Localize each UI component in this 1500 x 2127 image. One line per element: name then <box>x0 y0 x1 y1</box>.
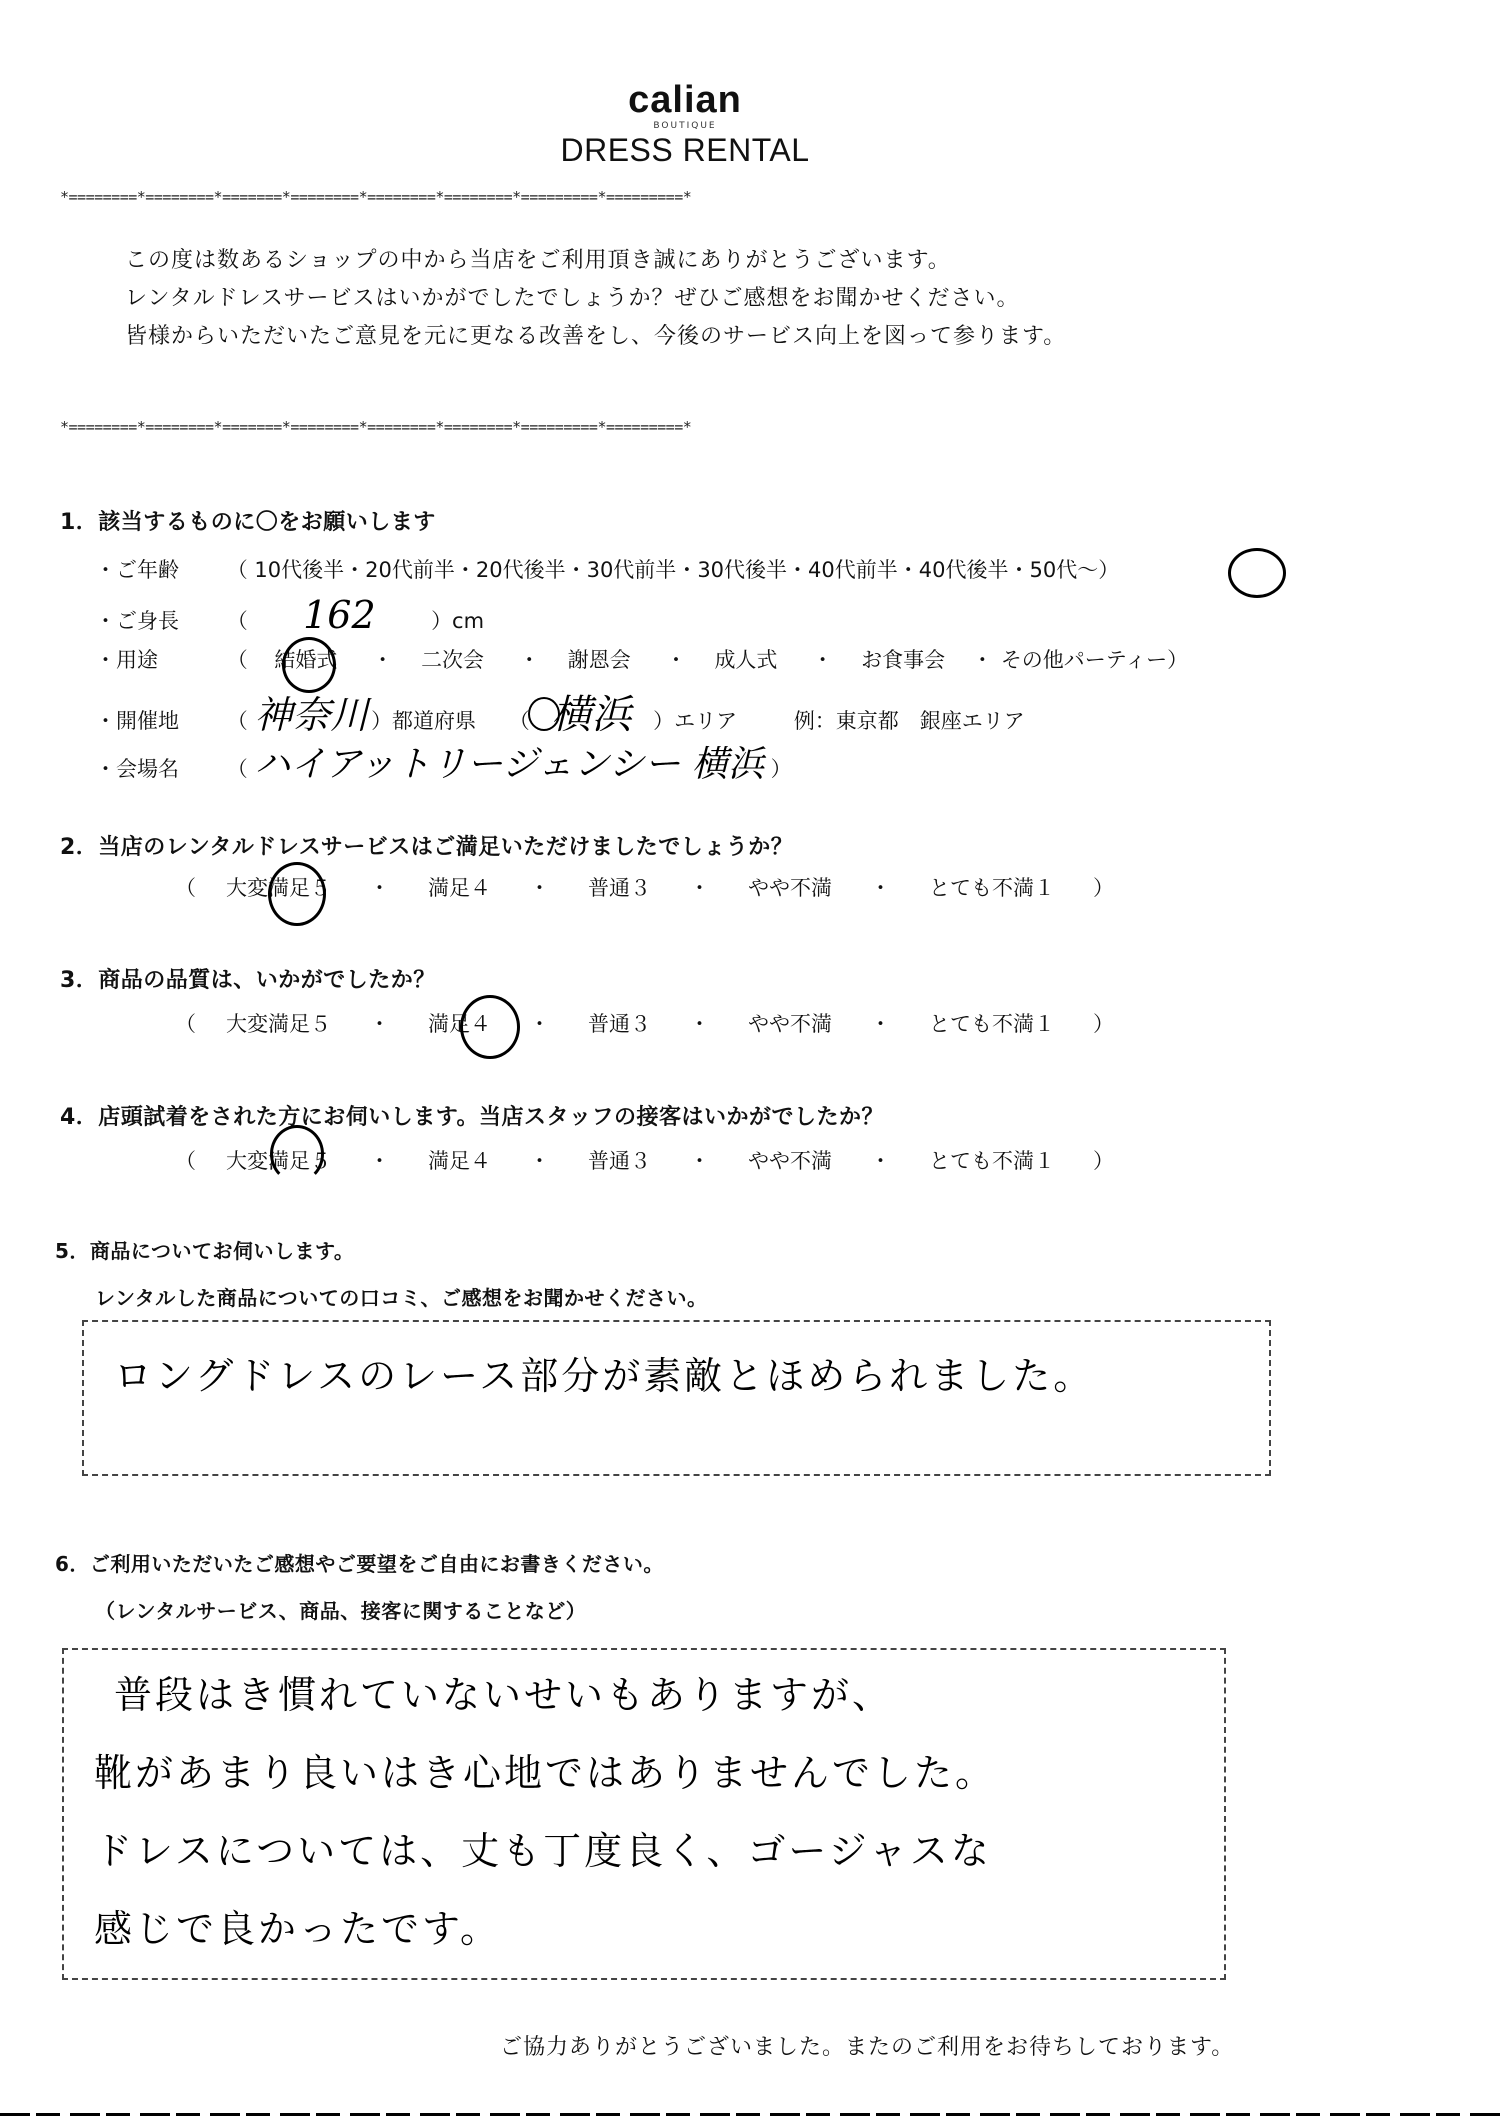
selection-circle <box>282 637 336 693</box>
intro-line: レンタルドレスサービスはいかがでしたでしょうか？ぜひご感想をお聞かせください。 <box>125 280 1066 318</box>
divider-bottom: *========*========*=======*========*====… <box>60 418 1360 436</box>
intro-line: 皆様からいただいたご意見を元に更なる改善をし、今後のサービス向上を図って参ります… <box>125 318 1066 356</box>
venue-value[interactable]: ハイアットリージェンシー 横浜 <box>254 744 764 785</box>
rating-option[interactable]: 満足４ <box>428 872 491 902</box>
purpose-option[interactable]: 成人式 <box>714 648 777 672</box>
age-option[interactable]: 10代後半 <box>254 558 344 582</box>
purpose-option[interactable]: 二次会 <box>421 648 484 672</box>
rating-option[interactable]: やや不満 <box>748 1145 832 1175</box>
age-option[interactable]: 20代前半 <box>365 558 455 582</box>
venue-label: ・会場名 <box>95 744 220 794</box>
height-field: ・ご身長 （ 162 ）cm <box>95 598 484 632</box>
question-6-answer-box[interactable]: 普段はき慣れていないせいもありますが、 靴があまり良いはき心地ではありませんでし… <box>62 1648 1226 1980</box>
purpose-option[interactable]: お食事会 <box>861 648 945 672</box>
question-1-title: 1．該当するものに〇をお願いします <box>60 505 436 536</box>
rating-option[interactable]: 大変満足５ <box>226 1008 331 1038</box>
area-suffix: ）エリア <box>653 709 737 733</box>
selection-circle <box>460 995 520 1059</box>
page-title: DRESS RENTAL <box>0 132 1370 168</box>
brand-subtitle: BOUTIQUE <box>0 120 1370 132</box>
purpose-field: ・用途 （ 結婚式 ・二次会 ・謝恩会 ・成人式 ・お食事会 ・その他パーティー… <box>95 643 1188 677</box>
prefecture-value[interactable]: 神奈川 <box>254 690 364 740</box>
brand-logo: calian <box>0 80 1370 120</box>
rating-option[interactable]: 普通３ <box>588 1008 651 1038</box>
intro-line: この度は数あるショップの中から当店をご利用頂き誠にありがとうございます。 <box>125 242 1066 280</box>
age-label: ・ご年齢 <box>95 553 220 587</box>
rating-option[interactable]: とても不満１ <box>929 872 1055 902</box>
age-option-selected[interactable]: 50代～ <box>1030 558 1099 582</box>
question-5-subtitle: レンタルした商品についての口コミ、ご感想をお聞かせください。 <box>95 1282 708 1311</box>
age-option[interactable]: 30代前半 <box>587 558 677 582</box>
rating-option[interactable]: とても不満１ <box>929 1145 1055 1175</box>
answer-line: ドレスについては、丈も丁度良く、ゴージャスな <box>94 1812 1224 1890</box>
answer-line: 感じで良かったです。 <box>94 1890 1224 1968</box>
age-option[interactable]: 40代後半 <box>919 558 1009 582</box>
location-label: ・開催地 <box>95 696 220 746</box>
rating-option[interactable]: やや不満 <box>748 1008 832 1038</box>
prefecture-suffix: ）都道府県 <box>371 709 476 733</box>
purpose-label: ・用途 <box>95 643 220 677</box>
selection-circle <box>1228 548 1286 598</box>
question-5-answer-box[interactable]: ロングドレスのレース部分が素敵とほめられました。 <box>82 1320 1271 1476</box>
brand-header: calian BOUTIQUE DRESS RENTAL <box>0 80 1370 168</box>
age-field: ・ご年齢 （ 10代後半・20代前半・20代後半・30代前半・30代後半・40代… <box>95 553 1119 587</box>
intro-text: この度は数あるショップの中から当店をご利用頂き誠にありがとうございます。 レンタ… <box>125 242 1066 356</box>
thanks-message: ご協力ありがとうございました。またのご利用をお待ちしております。 <box>500 2030 1234 2061</box>
answer-line: 普段はき慣れていないせいもありますが、 <box>114 1656 1224 1734</box>
location-example: 例：東京都 銀座エリア <box>794 709 1025 733</box>
age-option[interactable]: 40代前半 <box>808 558 898 582</box>
height-value[interactable]: 162 <box>254 598 424 632</box>
answer-line: 靴があまり良いはき心地ではありませんでした。 <box>94 1734 1224 1812</box>
venue-field: ・会場名 （ ハイアットリージェンシー 横浜 ） <box>95 740 792 790</box>
rating-option[interactable]: とても不満１ <box>929 1008 1055 1038</box>
rating-option[interactable]: 満足４ <box>428 1145 491 1175</box>
selection-circle <box>528 697 560 731</box>
selection-circle <box>270 1125 324 1183</box>
rating-option[interactable]: 普通３ <box>588 872 651 902</box>
divider-top: *========*========*=======*========*====… <box>60 188 1360 206</box>
scan-edge-line <box>0 2113 1500 2116</box>
question-4-title: 4．店頭試着をされた方にお伺いします。当店スタッフの接客はいかがでしたか？ <box>60 1100 884 1131</box>
age-option[interactable]: 20代後半 <box>476 558 566 582</box>
purpose-option[interactable]: その他パーティー <box>1001 648 1167 672</box>
question-5-answer: ロングドレスのレース部分が素敵とほめられました。 <box>84 1322 1269 1416</box>
purpose-option[interactable]: 謝恩会 <box>568 648 631 672</box>
rating-option[interactable]: 普通３ <box>588 1145 651 1175</box>
rating-option[interactable]: やや不満 <box>748 872 832 902</box>
question-6-subtitle: （レンタルサービス、商品、接客に関することなど） <box>95 1595 586 1624</box>
age-option[interactable]: 30代後半 <box>697 558 787 582</box>
question-3-title: 3．商品の品質は、いかがでしたか？ <box>60 963 436 994</box>
question-2-title: 2．当店のレンタルドレスサービスはご満足いただけましたでしょうか？ <box>60 830 793 861</box>
question-6-title: 6．ご利用いただいたご感想やご要望をご自由にお書きください。 <box>55 1548 664 1577</box>
question-3-rating: （ 大変満足５ ・満足４ ・普通３ ・やや不満 ・とても不満１ ） <box>175 1008 1114 1038</box>
question-5-title: 5．商品についてお伺いします。 <box>55 1235 354 1264</box>
selection-circle <box>268 862 326 926</box>
question-6-answer: 普段はき慣れていないせいもありますが、 靴があまり良いはき心地ではありませんでし… <box>64 1650 1224 1968</box>
height-label: ・ご身長 <box>95 604 220 638</box>
